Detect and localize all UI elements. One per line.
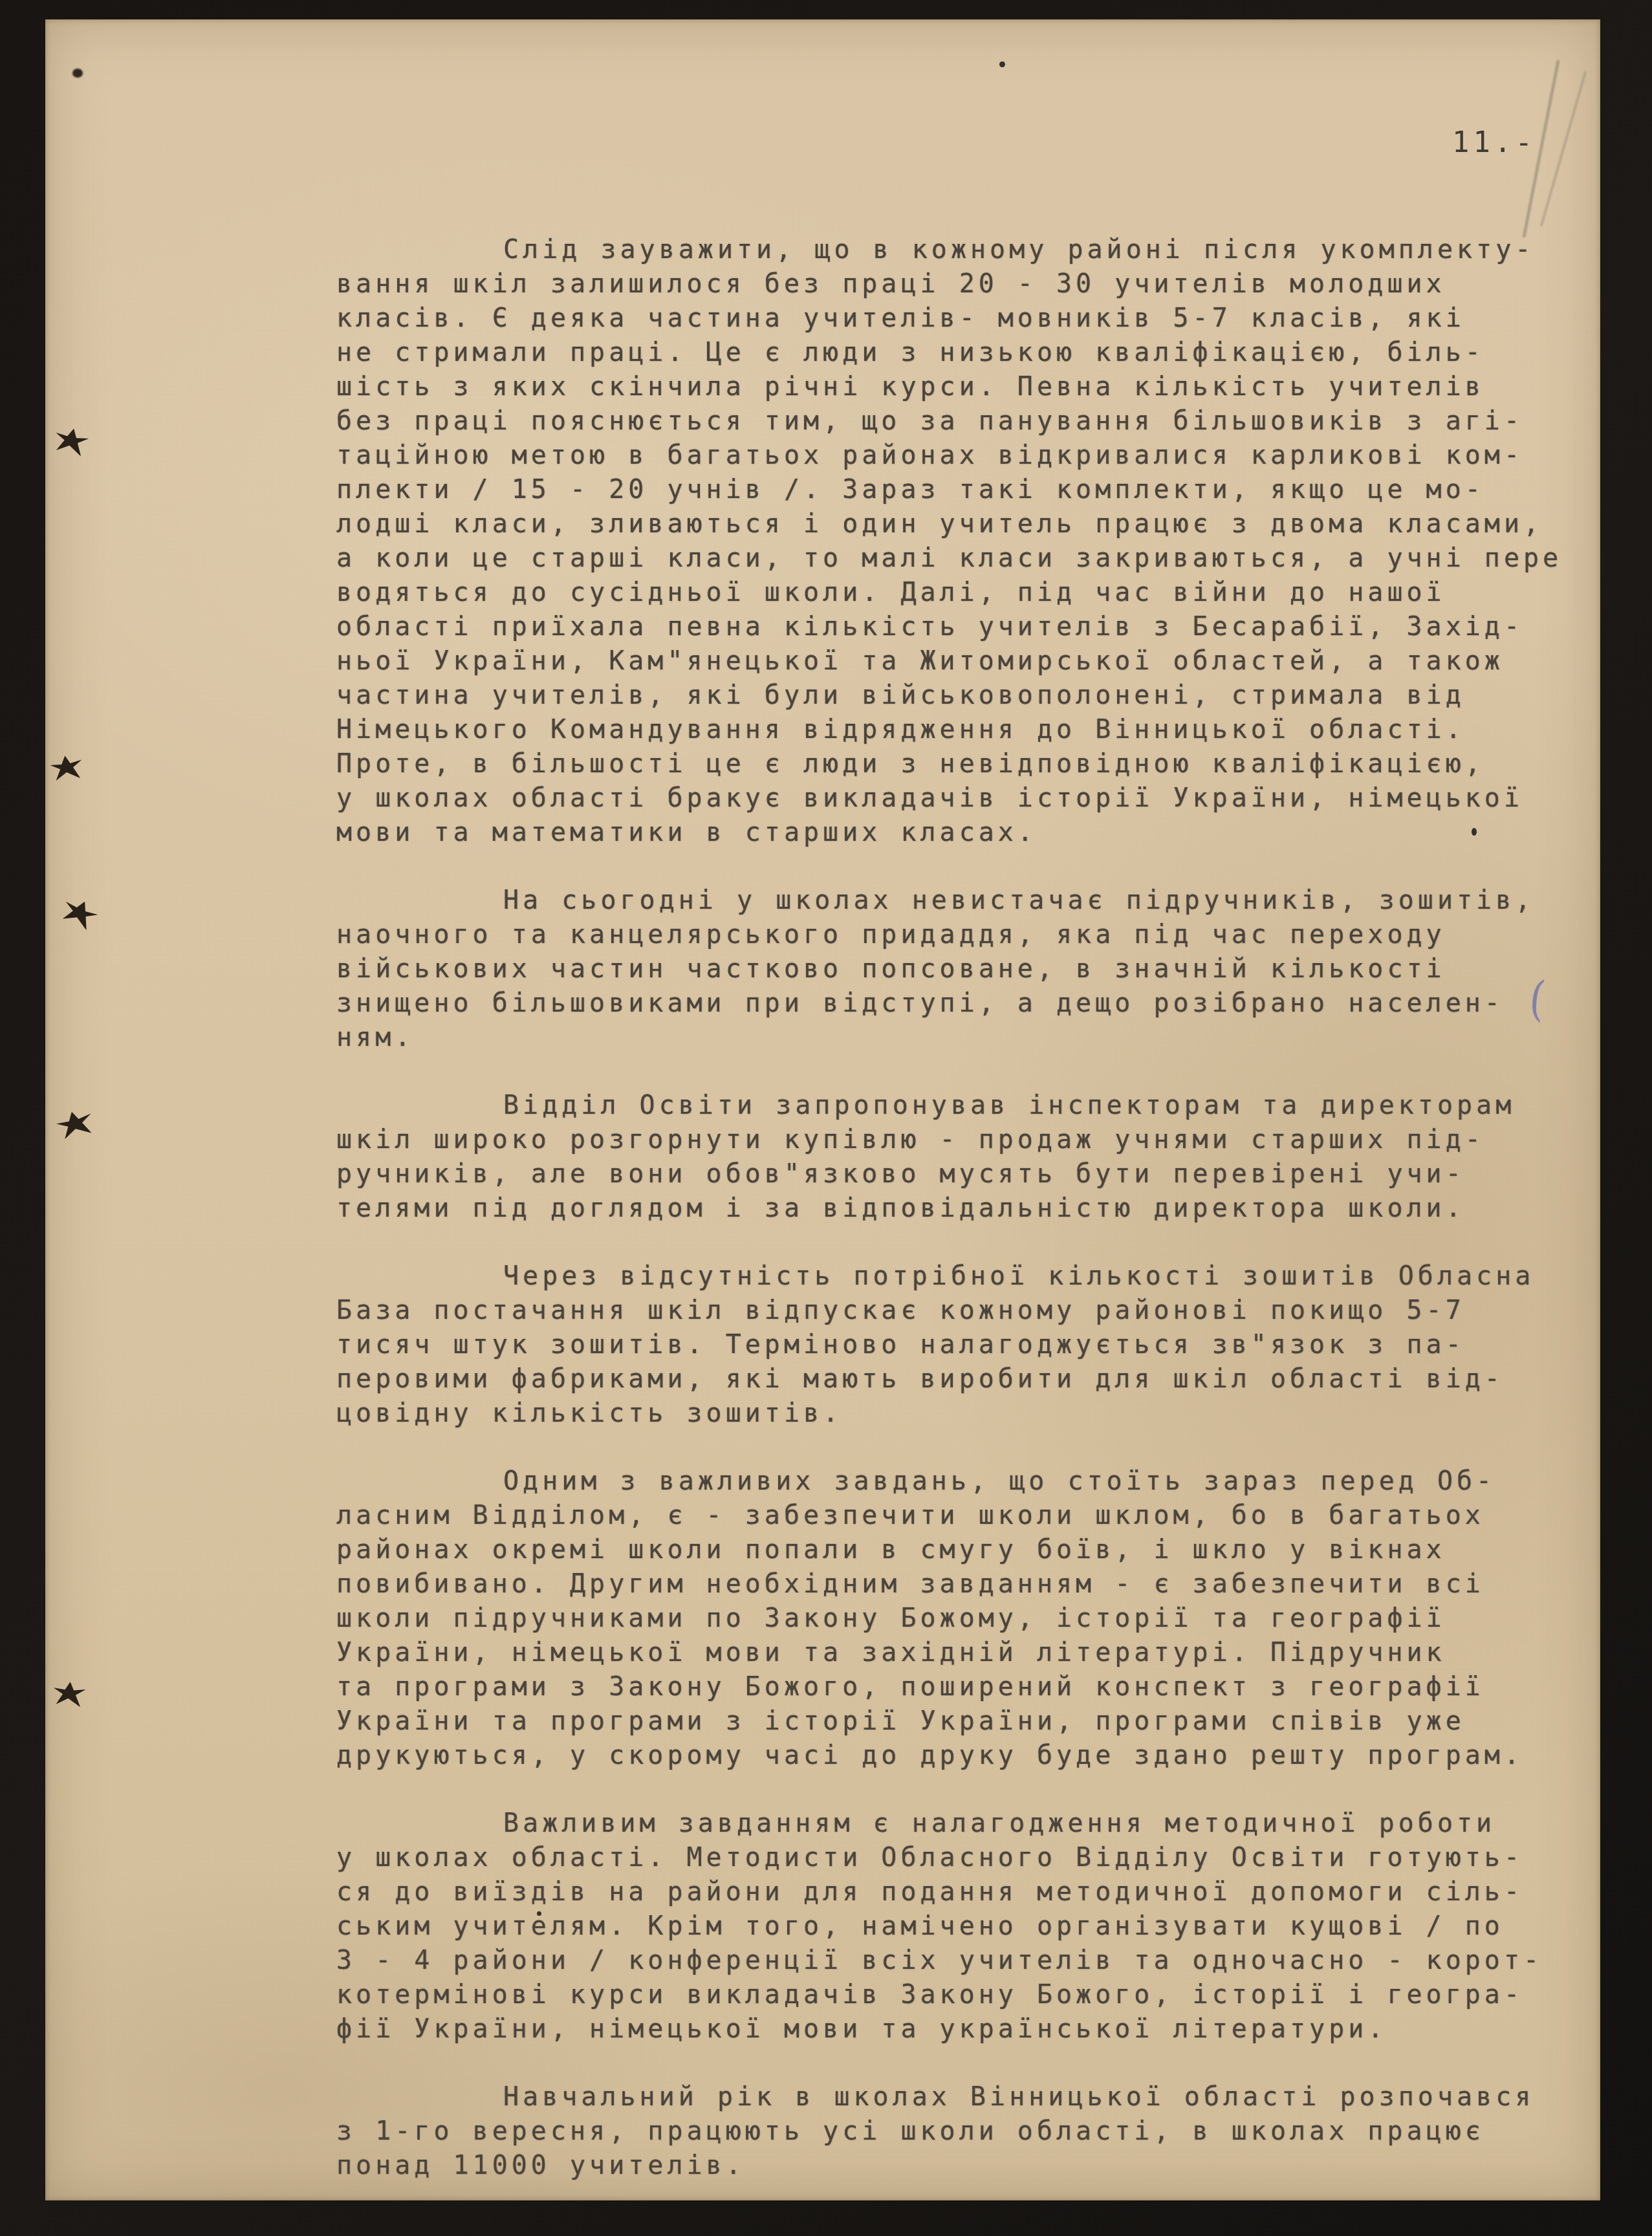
paragraph: Слід зауважити, що в кожному районі післ… [336,233,1649,850]
text-line: ласним Відділом, є - забезпечити школи ш… [336,1499,1649,1533]
text-line: школи підручниками по Закону Божому, іст… [336,1601,1649,1636]
text-line: телями під доглядом і за відповідальніст… [336,1191,1649,1226]
page-number: 11.- [1452,126,1536,159]
text-line: На сьогодні у школах невистачає підручни… [336,884,1649,918]
text-line: База постачання шкіл відпускає кожному р… [336,1294,1649,1328]
text-line: Слід зауважити, що в кожному районі післ… [336,233,1649,267]
text-line: котермінові курси викладачів Закону Божо… [336,1978,1649,2012]
text-line: цовідну кількість зошитів. [336,1396,1649,1431]
text-line: Проте, в більшості це є люди з невідпові… [336,747,1649,781]
text-line: а коли це старші класи, то малі класи за… [336,541,1649,576]
paper-speck [537,1911,541,1916]
text-line: водяться до сусідньої школи. Далі, під ч… [336,576,1649,610]
paragraph: Через відсутність потрібної кількості зо… [336,1259,1649,1431]
text-line: не стримали праці. Це є люди з низькою к… [336,336,1649,370]
text-line: з 1-го вересня, працюють усі школи облас… [336,2114,1649,2149]
text-line: ням. [336,1021,1649,1055]
text-line: 3 - 4 райони / конференції всіх учителів… [336,1944,1649,1978]
text-line: та програми з Закону Божого, поширений к… [336,1670,1649,1704]
document-body: Слід зауважити, що в кожному районі післ… [336,233,1649,2217]
text-line: ським учителям. Крім того, намічено орга… [336,1909,1649,1944]
text-line: ручників, але вони обов"язково мусять бу… [336,1157,1649,1191]
paper-sheet: 11.- Слід зауважити, що в кожному районі… [45,19,1600,2200]
text-line: фії України, німецької мови та українськ… [336,2012,1649,2046]
text-line: шість з яких скінчила річні курси. Певна… [336,370,1649,404]
text-line: класів. Є деяка частина учителів- мовник… [336,301,1649,336]
text-line: мови та математики в старших класах. [336,816,1649,850]
text-line: понад 11000 учителів. [336,2149,1649,2183]
text-line: Навчальний рік в школах Вінницької облас… [336,2080,1649,2114]
paragraph: Важливим завданням є налагодження методи… [336,1807,1649,2046]
paragraph: Навчальний рік в школах Вінницької облас… [336,2080,1649,2183]
paragraph: Відділ Освіти запропонував інспекторам т… [336,1089,1649,1226]
scanned-document-page: { "page": { "number_label": "11.-" }, "c… [0,0,1652,2236]
text-line: лодші класи, зливаються і один учитель п… [336,507,1649,541]
text-line: Відділ Освіти запропонував інспекторам т… [336,1089,1649,1123]
text-line: таційною метою в багатьох районах відкри… [336,439,1649,473]
text-line: Через відсутність потрібної кількості зо… [336,1259,1649,1294]
text-line: перовими фабриками, які мають виробити д… [336,1362,1649,1396]
text-line: без праці пояснюється тим, що за пануван… [336,404,1649,439]
text-line: ньої України, Кам"янецької та Житомирськ… [336,644,1649,678]
text-line: наочного та канцелярського придаддя, яка… [336,918,1649,952]
pencil-stroke [1540,71,1587,226]
text-line: тисяч штук зошитів. Терміново налагоджує… [336,1328,1649,1362]
text-line: плекти / 15 - 20 учнів /. Зараз такі ком… [336,473,1649,507]
paper-speck [999,61,1005,67]
text-line: районах окремі школи попали в смугу боїв… [336,1533,1649,1567]
paragraph: На сьогодні у школах невистачає підручни… [336,884,1649,1055]
text-line: повибивано. Другим необхідним завданням … [336,1567,1649,1601]
text-line: ся до виїздів на райони для подання мето… [336,1875,1649,1909]
ink-blot [72,69,83,78]
text-line: у школах області бракує викладачів істор… [336,781,1649,816]
text-line: України та програми з історії України, п… [336,1704,1649,1739]
paper-speck [1472,828,1477,836]
text-line: частина учителів, які були військовополо… [336,678,1649,713]
text-line: України, німецької мови та західній літе… [336,1636,1649,1670]
text-line: Важливим завданням є налагодження методи… [336,1807,1649,1841]
text-line: у школах області. Методисти Обласного Ві… [336,1841,1649,1875]
text-line: друкуються, у скорому часі до друку буде… [336,1739,1649,1773]
text-line: області приїхала певна кількість учителі… [336,610,1649,644]
text-line: вання шкіл залишилося без праці 20 - 30 … [336,267,1649,301]
text-line: Одним з важливих завдань, що стоїть зара… [336,1464,1649,1499]
text-line: Німецького Командування відрядження до В… [336,713,1649,747]
text-line: військових частин частково попсоване, в … [336,952,1649,986]
text-line: шкіл широко розгорнути купівлю - продаж … [336,1123,1649,1157]
paragraph: Одним з важливих завдань, що стоїть зара… [336,1464,1649,1773]
text-line: знищено більшовиками при відступі, а дещ… [336,986,1649,1021]
